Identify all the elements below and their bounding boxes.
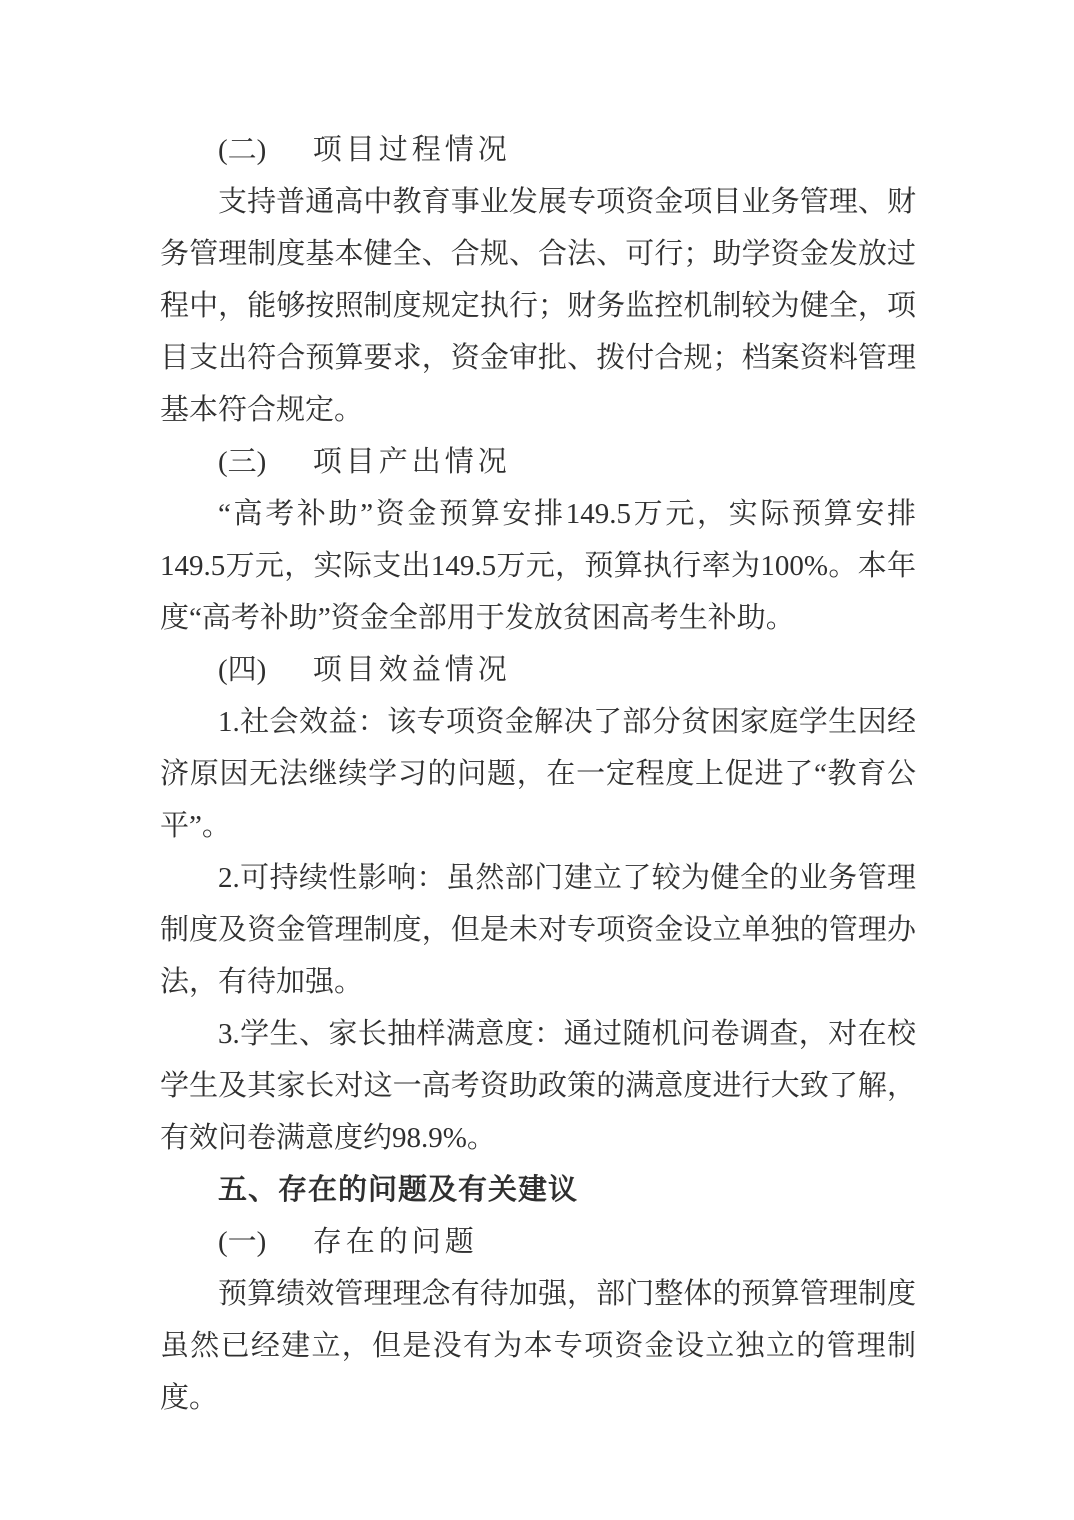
subsection-title: 项目效益情况 bbox=[313, 654, 511, 686]
body-paragraph-process: 支持普通高中教育事业发展专项资金项目业务管理、财务管理制度基本健全、合规、合法、… bbox=[160, 176, 916, 436]
subsection-title: 项目过程情况 bbox=[313, 134, 511, 166]
subsection-title: 存在的问题 bbox=[313, 1226, 478, 1258]
subsection-number: (二) bbox=[218, 134, 266, 166]
subsection-title: 项目产出情况 bbox=[313, 446, 511, 478]
subsection-heading-output: (三)项目产出情况 bbox=[160, 436, 916, 488]
section-heading-problems-suggestions: 五、存在的问题及有关建议 bbox=[160, 1164, 916, 1216]
body-paragraph-satisfaction: 3.学生、家长抽样满意度：通过随机问卷调查，对在校学生及其家长对这一高考资助政策… bbox=[160, 1008, 916, 1164]
subsection-number: (三) bbox=[218, 446, 266, 478]
body-paragraph-social-benefit: 1.社会效益：该专项资金解决了部分贫困家庭学生因经济原因无法继续学习的问题，在一… bbox=[160, 696, 916, 852]
subsection-heading-process: (二)项目过程情况 bbox=[160, 124, 916, 176]
subsection-number: (一) bbox=[218, 1226, 266, 1258]
body-paragraph-sustainability: 2.可持续性影响：虽然部门建立了较为健全的业务管理制度及资金管理制度，但是未对专… bbox=[160, 852, 916, 1008]
subsection-number: (四) bbox=[218, 654, 266, 686]
body-paragraph-problems: 预算绩效管理理念有待加强，部门整体的预算管理制度虽然已经建立，但是没有为本专项资… bbox=[160, 1268, 916, 1424]
body-paragraph-output: “高考补助”资金预算安排149.5万元，实际预算安排149.5万元，实际支出14… bbox=[160, 488, 916, 644]
subsection-heading-benefit: (四)项目效益情况 bbox=[160, 644, 916, 696]
subsection-heading-problems: (一)存在的问题 bbox=[160, 1216, 916, 1268]
document-page: (二)项目过程情况 支持普通高中教育事业发展专项资金项目业务管理、财务管理制度基… bbox=[0, 0, 1074, 1520]
